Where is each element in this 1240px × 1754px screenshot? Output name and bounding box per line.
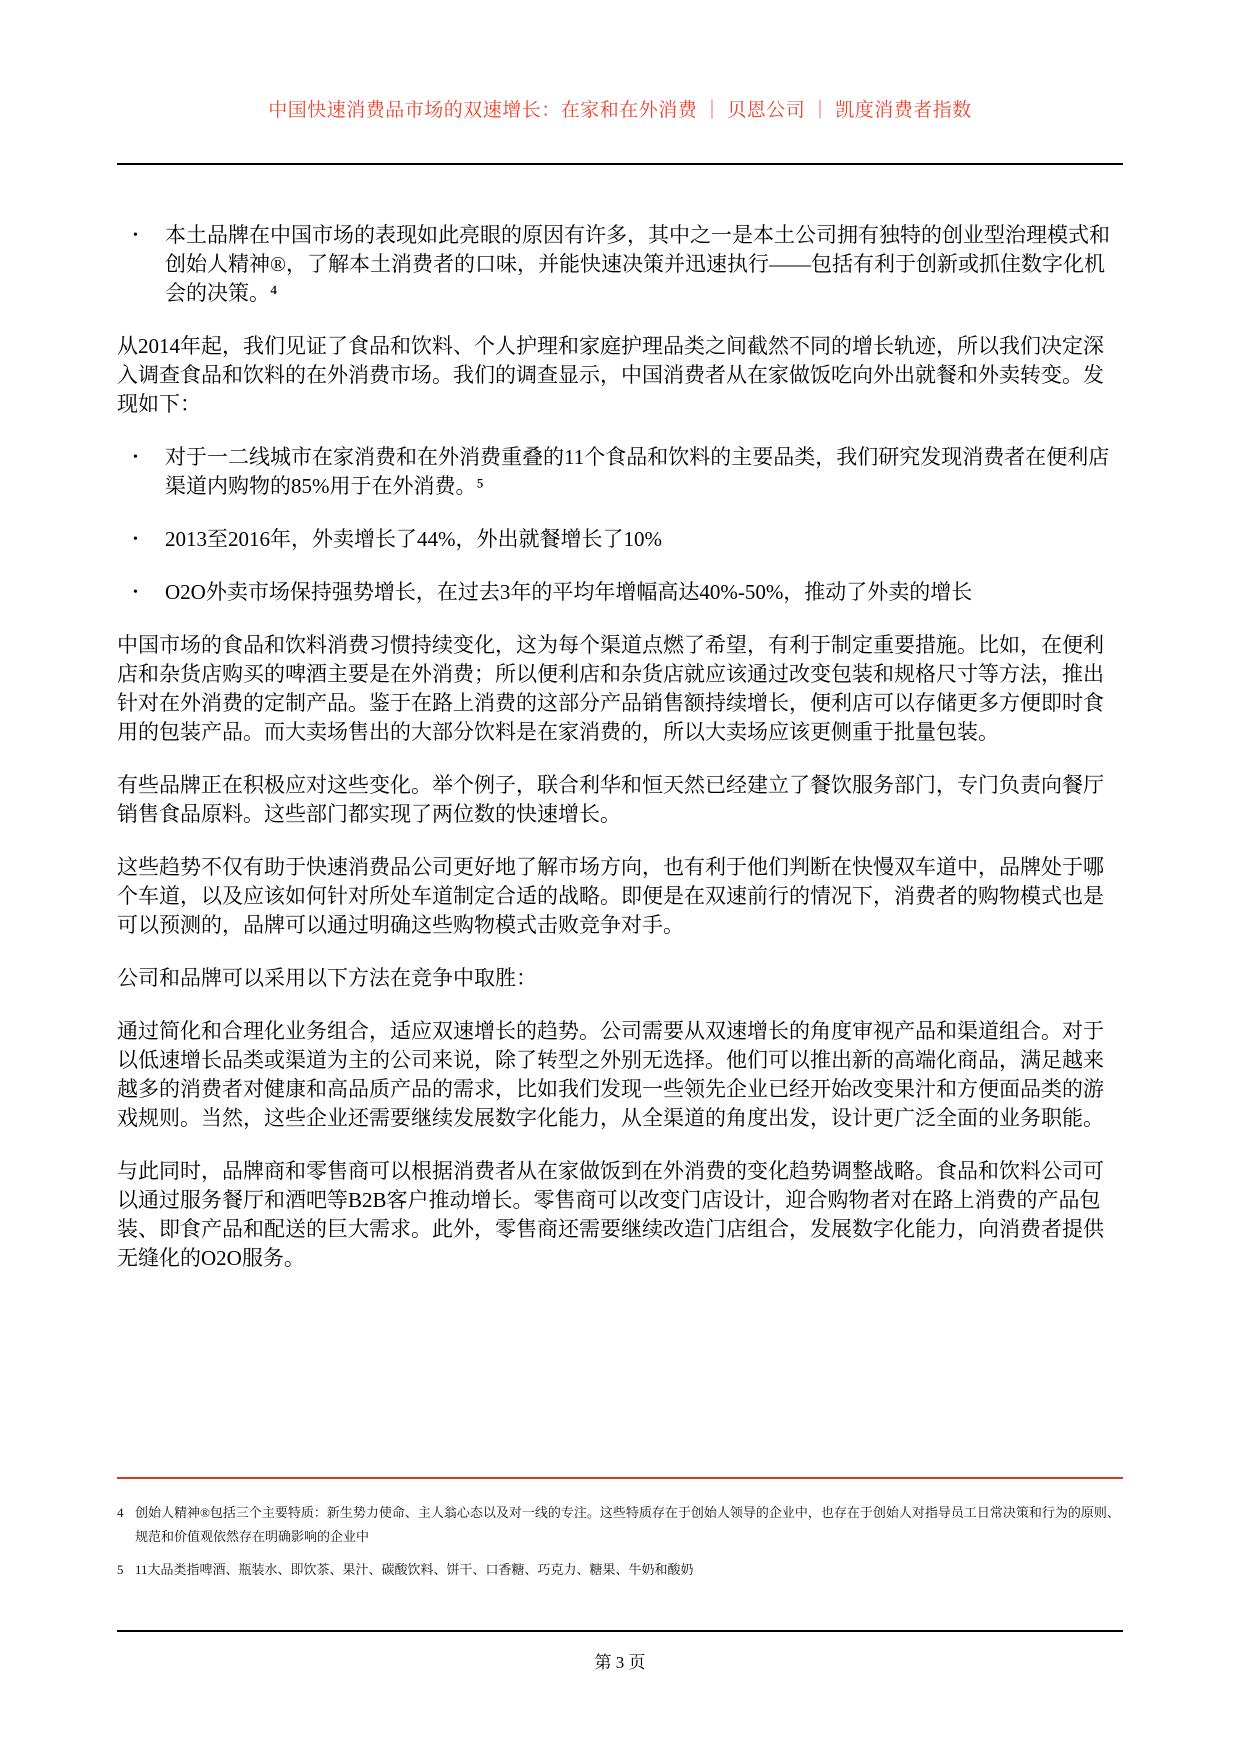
bullet-text: 本土品牌在中国市场的表现如此亮眼的原因有许多，其中之一是本土公司拥有独特的创业型…	[165, 221, 1123, 308]
paragraph: 通过简化和合理化业务组合，适应双速增长的趋势。公司需要从双速增长的角度审视产品和…	[117, 1017, 1123, 1133]
document-body: •本土品牌在中国市场的表现如此亮眼的原因有许多，其中之一是本土公司拥有独特的创业…	[117, 221, 1123, 1297]
bullet-text: 对于一二线城市在家消费和在外消费重叠的11个食品和饮料的主要品类，我们研究发现消…	[165, 443, 1123, 501]
paragraph: 与此同时，品牌商和零售商可以根据消费者从在家做饭到在外消费的变化趋势调整战略。食…	[117, 1157, 1123, 1273]
paragraph: 这些趋势不仅有助于快速消费品公司更好地了解市场方向，也有利于他们判断在快慢双车道…	[117, 853, 1123, 940]
footnote-number: 5	[117, 1558, 135, 1582]
footnote-item: 511大品类指啤酒、瓶装水、即饮茶、果汁、碳酸饮料、饼干、口香糖、巧克力、糖果、…	[117, 1558, 1123, 1582]
footnotes-list: 4创始人精神®包括三个主要特质：新生势力使命、主人翁心态以及对一线的专注。这些特…	[117, 1501, 1123, 1582]
footnote-separator-rule	[117, 1477, 1123, 1479]
bullet-marker-icon: •	[117, 221, 165, 308]
footnotes-section: 4创始人精神®包括三个主要特质：新生势力使命、主人翁心态以及对一线的专注。这些特…	[117, 1477, 1123, 1591]
bullet-marker-icon: •	[117, 443, 165, 501]
bullet-text: O2O外卖市场保持强势增长，在过去3年的平均年增幅高达40%-50%，推动了外卖…	[165, 578, 1123, 607]
bullet-item: •对于一二线城市在家消费和在外消费重叠的11个食品和饮料的主要品类，我们研究发现…	[117, 443, 1123, 501]
bullet-text: 2013至2016年，外卖增长了44%，外出就餐增长了10%	[165, 525, 1123, 554]
header-title: 中国快速消费品市场的双速增长：在家和在外消费 ｜ 贝恩公司 ｜ 凯度消费者指数	[0, 95, 1240, 122]
bullet-item: •O2O外卖市场保持强势增长，在过去3年的平均年增幅高达40%-50%，推动了外…	[117, 578, 1123, 607]
document-page: 中国快速消费品市场的双速增长：在家和在外消费 ｜ 贝恩公司 ｜ 凯度消费者指数 …	[0, 0, 1240, 1754]
footer-rule	[117, 1630, 1123, 1632]
paragraph: 有些品牌正在积极应对这些变化。举个例子，联合利华和恒天然已经建立了餐饮服务部门，…	[117, 771, 1123, 829]
bullet-marker-icon: •	[117, 578, 165, 607]
footnote-item: 4创始人精神®包括三个主要特质：新生势力使命、主人翁心态以及对一线的专注。这些特…	[117, 1501, 1123, 1549]
paragraph: 从2014年起，我们见证了食品和饮料、个人护理和家庭护理品类之间截然不同的增长轨…	[117, 332, 1123, 419]
bullet-item: •2013至2016年，外卖增长了44%，外出就餐增长了10%	[117, 525, 1123, 554]
page-number: 第 3 页	[0, 1648, 1240, 1673]
footnote-text: 11大品类指啤酒、瓶装水、即饮茶、果汁、碳酸饮料、饼干、口香糖、巧克力、糖果、牛…	[135, 1558, 1123, 1582]
paragraph: 公司和品牌可以采用以下方法在竞争中取胜：	[117, 964, 1123, 993]
header-rule	[117, 163, 1123, 165]
footnote-number: 4	[117, 1501, 135, 1549]
footnote-text: 创始人精神®包括三个主要特质：新生势力使命、主人翁心态以及对一线的专注。这些特质…	[135, 1501, 1123, 1549]
bullet-marker-icon: •	[117, 525, 165, 554]
bullet-item: •本土品牌在中国市场的表现如此亮眼的原因有许多，其中之一是本土公司拥有独特的创业…	[117, 221, 1123, 308]
paragraph: 中国市场的食品和饮料消费习惯持续变化，这为每个渠道点燃了希望，有利于制定重要措施…	[117, 631, 1123, 747]
